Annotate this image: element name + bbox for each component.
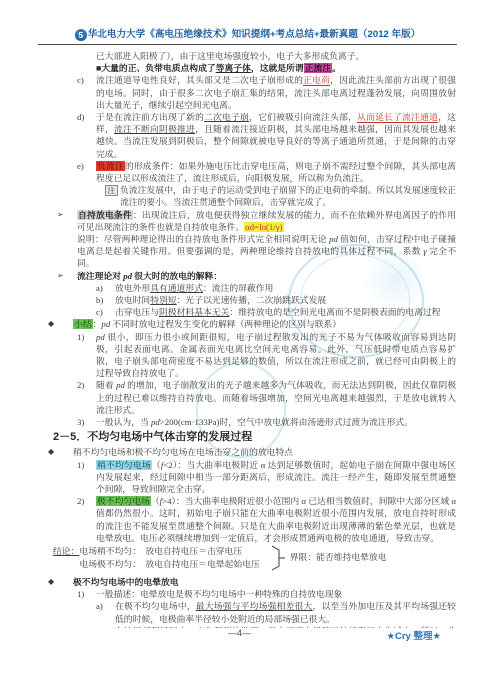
text-block: ➢流注理论对 pd 很大时的放电的解释：	[0, 270, 479, 282]
text-segment: 特别短	[150, 295, 176, 305]
text-segment: 2－5．不均匀电场中气体击穿的发展过程	[53, 431, 252, 443]
text-segment: （	[152, 460, 161, 470]
block-label: a)	[96, 282, 103, 294]
text-segment: 的增加，电子崩散发出的光子越来越多为气体吸收，而无法达到阴极，因此仅靠阴极上的过…	[96, 380, 456, 414]
text-block: c)击穿电压与阴极材料基本无关：维持放电的是空间光电离而不是阴极表面的电离过程	[0, 306, 479, 318]
text-block: 说明：尽管两种理论得出的自持放电条件形式完全相同说明无论 pd 值如何，击穿过程…	[0, 233, 479, 270]
text-block: 注负流注发展中，由于电子的运动受到电子崩留下的正电荷的牵制。所以其发展速度较正流…	[0, 184, 479, 208]
text-block: 已大部进入阳极了），由于这里电场强度较小，电子大多形成负离子。	[0, 50, 479, 62]
text-segment: 很小，即压力很小或间距很短，电子崩过程散发出的光子不易为气体吸收而容易到达阴极，…	[96, 332, 456, 379]
series-badge-icon: 5	[75, 29, 87, 41]
brace-icon	[270, 545, 286, 575]
text-block: ◆极不均匀电场中的电晕放电	[0, 576, 479, 588]
text-segment: 一般描述：电晕放电是极不均匀电场中一种特殊的自持放电现象	[96, 589, 342, 599]
text-block: 1)稍不均匀电场（f<2）：当大曲率电极附近 α 达到足够数值时，起始电子崩在间…	[0, 459, 479, 496]
block-label: ➢	[57, 270, 64, 282]
text-segment: 负流注发展中，由于电子的运动受到电子崩留下的正电荷的牵制。所以其发展速度较正流注…	[120, 185, 456, 207]
text-block: 2)极不均匀电场（f>4）：当大曲率电极附近很小范围内 α 已达相当数值时，间隙…	[0, 495, 479, 544]
conclusion-label: 结论：	[53, 545, 79, 558]
text-segment: 一般认为，当	[96, 417, 151, 427]
text-segment: 阴极材料基本无关	[159, 307, 229, 317]
text-block: a)在极不均匀电场中，最大场强与平均场强相差很大，以至当外加电压及其平均场强还较…	[0, 600, 479, 624]
text-block: e)负流注的形成条件：如果外施电压比击穿电压高，则电子崩不需经过整个间隙，其头部…	[0, 160, 479, 184]
text-segment: 已大部进入阳极了），由于这里电场强度较小，电子大多形成负离子。	[96, 51, 364, 61]
page-footer: —4— ★Cry 整理★	[0, 628, 479, 648]
text-segment: ■大量的正、负带电质点构成了	[96, 63, 216, 73]
text-segment: 负流注	[96, 161, 125, 171]
block-label: 2)	[77, 495, 84, 507]
text-segment: ，这就是所谓	[251, 63, 304, 73]
text-block: ■大量的正、负带电质点构成了等离子体，这就是所谓正流注。	[0, 62, 479, 74]
text-segment: 击穿电压与	[115, 307, 159, 317]
document-page: 5华北电力大学《高电压绝缘技术》知识提纲+考点总结+最新真题（2012 年版） …	[0, 0, 479, 679]
text-segment: ：光子以光速传播，二次崩跳跃式发展	[177, 295, 327, 305]
text-segment: pd	[96, 332, 105, 342]
text-segment: 流注通道导电性良好，其头部又是二次电子崩形成的	[96, 75, 303, 85]
text-segment: 从而延长了流注通道	[357, 112, 438, 123]
text-segment: αd=ln(1/γ)	[244, 222, 283, 232]
text-segment: 极不均匀电场中的电晕放电	[73, 577, 179, 587]
text-block: a)放电外形具有通道形式：流注的屏蔽作用	[0, 282, 479, 294]
block-label: ◆	[48, 446, 54, 458]
conclusion-line: 电场极不均匀： 放电自持电压＝电晕起始电压	[79, 558, 259, 571]
conclusion-block: 结论： 电场稍不均匀： 放电自持电压＝击穿电压 电场极不均匀： 放电自持电压＝电…	[0, 545, 479, 575]
text-segment: pd	[123, 271, 132, 281]
text-block: 2)随着 pd 的增加，电子崩散发出的光子越来越多为气体吸收，而无法达到阴极，因…	[0, 379, 479, 416]
text-segment: 等离子体	[216, 63, 251, 73]
block-label: ◆	[48, 576, 54, 588]
text-segment: ，它们被吸引向流注头部，	[249, 112, 357, 122]
text-segment: 稍不均匀电场和极不均匀电场在电场击穿之前的放电特点	[73, 447, 293, 457]
conclusion-note: 界限：能否维持电晕放电	[290, 545, 387, 564]
conclusion-line: 电场稍不均匀： 放电自持电压＝击穿电压	[79, 545, 259, 558]
text-segment: 稍不均匀电场	[96, 460, 152, 470]
text-segment: pd	[329, 234, 338, 244]
text-segment: 极不均匀电场	[96, 496, 151, 506]
text-segment: ：维持放电的是空间光电离而不是阴极表面的电离过程	[229, 307, 440, 317]
text-segment: 流注不断向阴极推进	[114, 124, 195, 134]
text-segment: 很大时的放电的解释：	[132, 271, 222, 281]
block-label: d)	[77, 111, 84, 123]
text-segment: 放电时间	[115, 295, 150, 305]
text-segment: >200(cm·133Pa)时，空气中放电就将由汤逊形式过渡为流注形式。	[160, 417, 413, 427]
text-segment: （	[151, 496, 160, 506]
block-label: 3)	[77, 416, 84, 428]
text-segment: 在极不均匀电场中，	[115, 601, 196, 611]
text-segment: 放电外形	[115, 283, 150, 293]
block-label: 2)	[77, 379, 84, 391]
block-label: 1)	[77, 459, 84, 471]
text-segment: pd	[116, 380, 125, 390]
text-segment: 不同时放电过程发生变化的解释（两种理论的区别与联系）	[110, 319, 341, 329]
text-segment: 说明：尽管两种理论得出的自持放电条件形式完全相同说明无论	[77, 234, 329, 244]
text-segment: 最大场强与平均场强相差很大	[196, 601, 313, 611]
block-label: ◆	[48, 318, 54, 330]
text-block: ◆小结：pd 不同时放电过程发生变化的解释（两种理论的区别与联系）	[0, 318, 479, 330]
text-segment: pd	[101, 319, 110, 329]
text-segment: 流注理论对	[77, 271, 123, 281]
text-block: c)流注通道导电性良好，其头部又是二次电子崩形成的正电荷，因此流注头部前方出现了…	[0, 74, 479, 111]
body-blocks-bottom: ◆极不均匀电场中的电晕放电1)一般描述：电晕放电是极不均匀电场中一种特殊的自持放…	[0, 576, 479, 628]
credit-text: ★Cry 整理★	[386, 628, 441, 642]
block-label: 注	[105, 185, 118, 196]
text-segment: pd	[151, 417, 160, 427]
page-header: 5华北电力大学《高电压绝缘技术》知识提纲+考点总结+最新真题（2012 年版）	[38, 24, 457, 45]
text-block: b)放电时间特别短：光子以光速传播，二次崩跳跃式发展	[0, 294, 479, 306]
header-title: 华北电力大学《高电压绝缘技术》知识提纲+考点总结+最新真题（2012 年版）	[88, 29, 421, 40]
block-label: ➢	[57, 209, 64, 221]
text-segment: 二次电子崩	[204, 112, 249, 122]
block-label: 1)	[77, 588, 84, 600]
text-block: d)于是在流注前方出现了新的二次电子崩，它们被吸引向流注头部，从而延长了流注通道…	[0, 111, 479, 160]
text-segment: 自持放电条件	[77, 210, 133, 220]
block-label: b)	[96, 294, 103, 306]
text-segment: 随着	[96, 380, 116, 390]
body-blocks-top: 已大部进入阳极了），由于这里电场强度较小，电子大多形成负离子。■大量的正、负带电…	[0, 50, 479, 544]
conclusion-lines: 电场稍不均匀： 放电自持电压＝击穿电压 电场极不均匀： 放电自持电压＝电晕起始电…	[79, 545, 259, 571]
text-segment: 正流注	[304, 63, 332, 73]
block-label: e)	[77, 160, 84, 172]
block-label: c)	[96, 306, 103, 318]
block-label: c)	[77, 74, 84, 86]
document-body: 已大部进入阳极了），由于这里电场强度较小，电子大多形成负离子。■大量的正、负带电…	[0, 50, 479, 628]
section-heading: 2－5．不均匀电场中气体击穿的发展过程	[0, 430, 479, 445]
text-segment: 具有通道形式	[150, 283, 203, 293]
text-segment: 于是在流注前方出现了新的	[96, 112, 204, 122]
text-segment: 小结	[73, 319, 93, 329]
text-segment: ：流注的屏蔽作用	[203, 283, 273, 293]
text-block: ➢自持放电条件：出现流注后，放电便获得独立继续发展的能力，而不在依赖外界电离因子…	[0, 209, 479, 233]
text-segment: 正电荷	[303, 75, 330, 86]
block-label: a)	[96, 600, 103, 612]
text-segment: 的形成条件：如果外施电压比击穿电压高，则电子崩不需经过整个间隙，其头部电离程度已…	[96, 161, 456, 183]
text-block: 3)一般认为，当 pd>200(cm·133Pa)时，空气中放电就将由汤逊形式过…	[0, 416, 479, 428]
text-block: 1)pd 很小，即压力很小或间距很短，电子崩过程散发出的光子不易为气体吸收而容易…	[0, 331, 479, 380]
text-segment: 。	[332, 63, 341, 73]
block-label: 1)	[77, 331, 84, 343]
text-block: 1)一般描述：电晕放电是极不均匀电场中一种特殊的自持放电现象	[0, 588, 479, 600]
text-block: ◆稍不均匀电场和极不均匀电场在电场击穿之前的放电特点	[0, 446, 479, 458]
